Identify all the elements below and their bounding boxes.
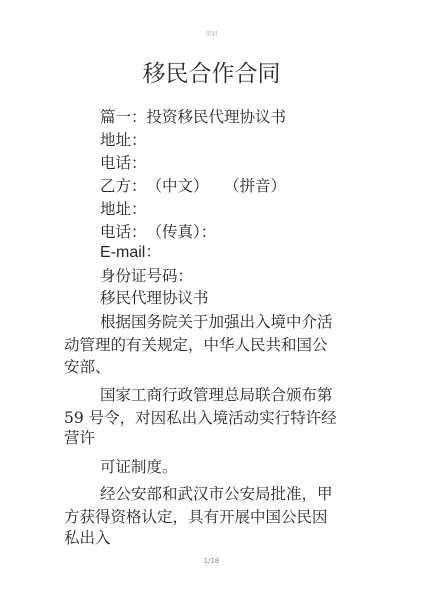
- paragraph-line: 59 号令，对因私出入境活动实行特许经: [64, 408, 337, 428]
- document-title: 移民合作合同: [0, 60, 423, 88]
- page-header: 页眉: [0, 29, 423, 38]
- page-number: 1/18: [0, 557, 423, 565]
- phone-fax-label: 电话： （传真）：: [100, 222, 216, 242]
- paragraph-line: 国家工商行政管理总局联合颁布第: [100, 385, 333, 405]
- document-page: 页眉 移民合作合同 篇一：投资移民代理协议书 地址： 电话： 乙方： （中文） …: [0, 0, 423, 600]
- party-b-label: 乙方： （中文） （拼音）: [100, 176, 286, 196]
- address-label-2: 地址：: [100, 199, 147, 219]
- paragraph-line: 根据国务院关于加强出入境中介活: [100, 312, 333, 332]
- section-heading: 篇一：投资移民代理协议书: [100, 107, 286, 127]
- address-label: 地址：: [100, 130, 147, 150]
- paragraph-line: 方获得资格认定，具有开展中国公民因: [64, 507, 328, 527]
- phone-label: 电话：: [100, 153, 147, 173]
- email-label: E-mail：: [100, 243, 161, 263]
- paragraph-line: 经公安部和武汉市公安局批准，甲: [100, 484, 333, 504]
- agreement-subtitle: 移民代理协议书: [100, 288, 209, 308]
- paragraph-line: 营许: [64, 428, 95, 448]
- paragraph-line: 安部、: [64, 357, 111, 377]
- paragraph-line: 可证制度。: [100, 457, 178, 477]
- paragraph-line: 私出入: [64, 528, 111, 548]
- id-number-label: 身份证号码：: [100, 266, 193, 286]
- paragraph-line: 动管理的有关规定，中华人民共和国公: [64, 335, 328, 355]
